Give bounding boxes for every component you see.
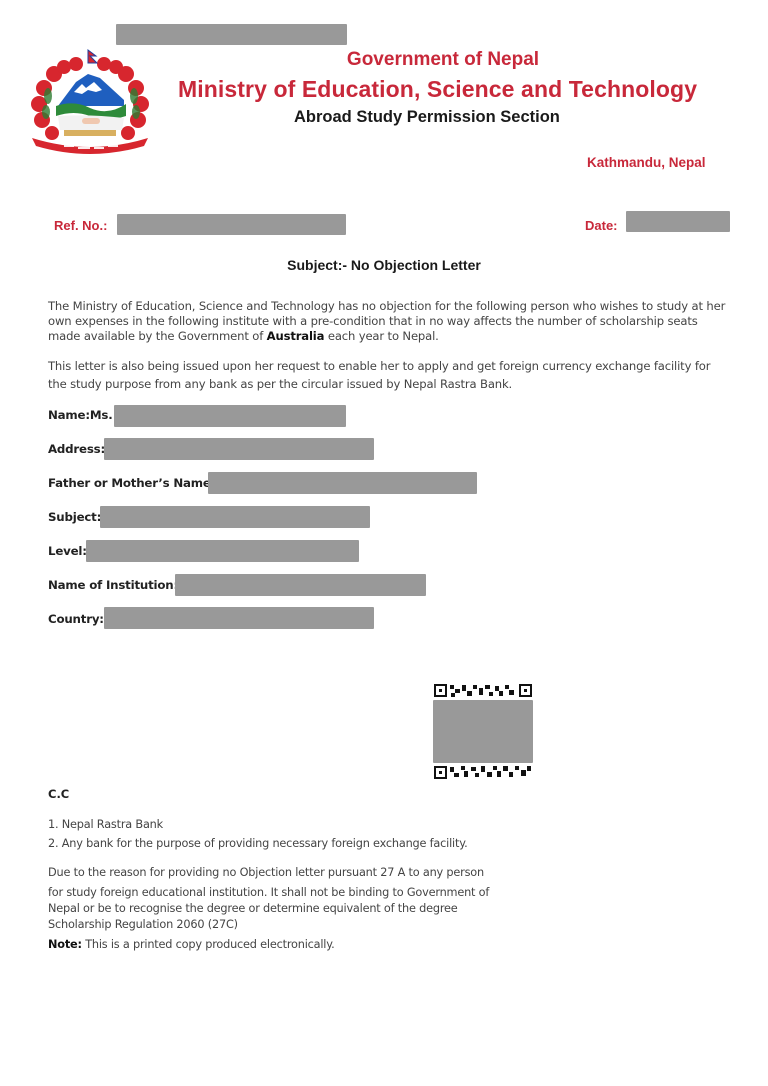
ref-no-label: Ref. No.: [54,218,107,233]
field-name-value-redacted [114,405,346,427]
cc-item: 2. Any bank for the purpose of providing… [48,837,467,850]
location: Kathmandu, Nepal [587,155,706,170]
field-subject-label: Subject: [48,510,101,524]
section-title: Abroad Study Permission Section [294,108,560,127]
ministry-title: Ministry of Education, Science and Techn… [178,76,697,103]
date-value-redacted [626,211,730,232]
field-address-label: Address: [48,442,105,456]
field-parent-name-value-redacted [208,472,477,494]
disclaimer-line: Nepal or be to recognise the degree or d… [48,902,458,915]
body-paragraph-2: This letter is also being issued upon he… [48,357,728,393]
cc-item: 1. Nepal Rastra Bank [48,818,163,831]
qr-code-icon [433,683,533,781]
note-text: This is a printed copy produced electron… [82,938,335,951]
field-level-label: Level: [48,544,87,558]
note-label: Note: [48,938,82,951]
disclaimer-line: Due to the reason for providing no Objec… [48,866,484,879]
field-parent-name-label: Father or Mother’s Name: [48,476,215,490]
letter-subject: Subject:- No Objection Letter [0,257,768,273]
government-title: Government of Nepal [0,49,768,71]
redacted-top-bar [116,24,347,45]
para2-text: This letter is also being issued upon he… [48,359,710,391]
field-subject-value-redacted [100,506,370,528]
body-paragraph-1: The Ministry of Education, Science and T… [48,299,728,344]
field-country-value-redacted [104,607,374,629]
para1-text-end: each year to Nepal. [324,329,438,343]
disclaimer-line: Scholarship Regulation 2060 (27C) [48,918,238,931]
disclaimer-line: for study foreign educational institutio… [48,886,489,899]
field-name-label: Name:Ms. [48,408,113,422]
date-label: Date: [585,218,618,233]
field-institution-value-redacted [175,574,426,596]
field-country-label: Country: [48,612,104,626]
country-highlight: Australia [267,329,325,343]
ref-no-value-redacted [117,214,346,235]
qr-center-redacted [433,700,533,763]
field-institution-label: Name of Institution: [48,578,178,592]
field-level-value-redacted [86,540,359,562]
note: Note: This is a printed copy produced el… [48,938,335,951]
cc-title: C.C [48,787,69,801]
field-address-value-redacted [104,438,374,460]
